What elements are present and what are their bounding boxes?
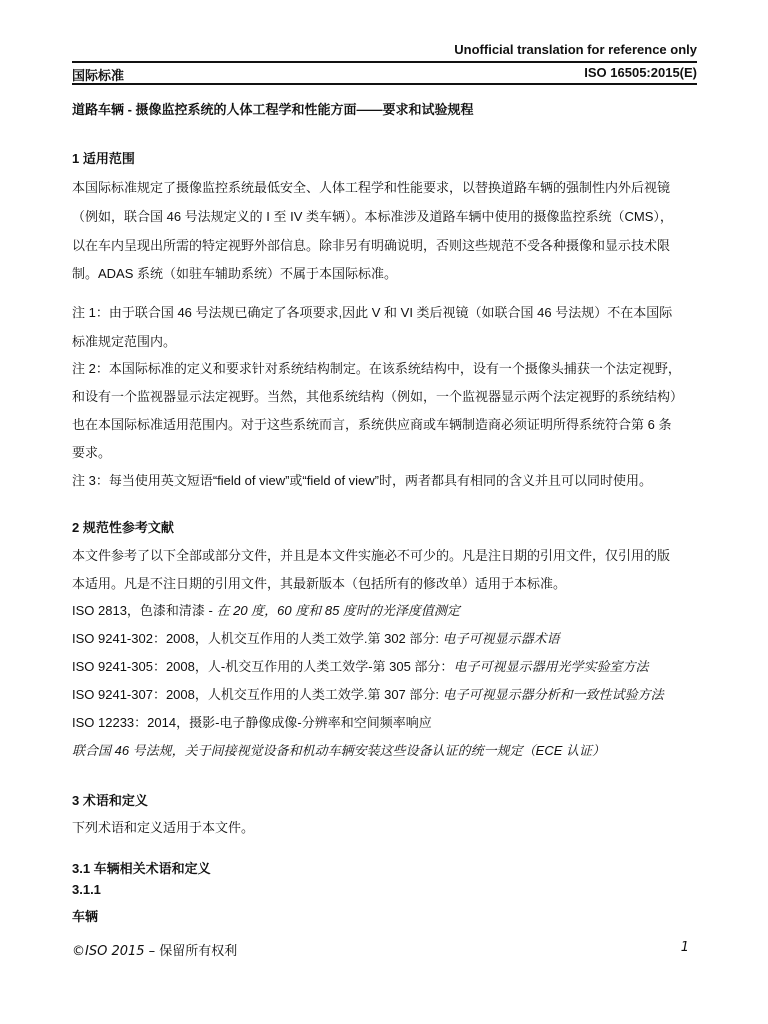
term-title: 车辆 — [72, 906, 98, 925]
note-line: 要求。 — [72, 442, 111, 461]
reference-item: 联合国 46 号法规，关于间接视觉设备和机动车辆安装这些设备认证的统一规定（EC… — [72, 740, 605, 759]
page-number: 1 — [681, 940, 689, 955]
translation-notice: Unofficial translation for reference onl… — [454, 42, 697, 57]
rights-notice: – 保留所有权利 — [145, 944, 238, 959]
section-2-heading: 2 规范性参考文献 — [72, 517, 174, 536]
page-footer: ©ISO 2015 – 保留所有权利 1 — [72, 940, 697, 959]
paragraph-line: 下列术语和定义适用于本文件。 — [72, 817, 254, 836]
reference-item: ISO 2813，色漆和清漆 - 在 20 度，60 度和 85 度时的光泽度值… — [72, 600, 460, 619]
paragraph-line: 以在车内呈现出所需的特定视野外部信息。除非另有明确说明，否则这些规范不受各种摄像… — [72, 235, 670, 254]
copyright: ©ISO 2015 — [72, 944, 145, 959]
reference-item: ISO 12233：2014，摄影-电子静像成像-分辨率和空间频率响应 — [72, 712, 432, 731]
note-line: 注 3：每当使用英文短语“field of view”或“field of vi… — [72, 470, 652, 489]
paragraph-line: 本文件参考了以下全部或部分文件，并且是本文件实施必不可少的。凡是注日期的引用文件… — [72, 545, 670, 564]
note-line: 标准规定范围内。 — [72, 331, 176, 350]
header-rule-bottom — [72, 83, 697, 85]
paragraph-line: （例如，联合国 46 号法规定义的 I 至 IV 类车辆）。本标准涉及道路车辆中… — [72, 206, 673, 225]
header-label: 国际标准 — [72, 65, 124, 84]
reference-item: ISO 9241-307：2008，人机交互作用的人类工效学.第 307 部分:… — [72, 684, 664, 703]
paragraph-line: 本适用。凡是不注日期的引用文件，其最新版本（包括所有的修改单）适用于本标准。 — [72, 573, 566, 592]
note-line: 也在本国际标准适用范围内。对于这些系统而言，系统供应商或车辆制造商必须证明所得系… — [72, 414, 671, 433]
note-line: 注 2：本国际标准的定义和要求针对系统结构制定。在该系统结构中，设有一个摄像头捕… — [72, 358, 681, 377]
section-3-heading: 3 术语和定义 — [72, 790, 148, 809]
term-number: 3.1.1 — [72, 882, 101, 897]
paragraph-line: 本国际标准规定了摄像监控系统最低安全、人体工程学和性能要求，以替换道路车辆的强制… — [72, 177, 670, 196]
subsection-heading: 3.1 车辆相关术语和定义 — [72, 858, 211, 877]
reference-item: ISO 9241-305：2008，人-机交互作用的人类工效学-第 305 部分… — [72, 656, 648, 675]
reference-item: ISO 9241-302：2008，人机交互作用的人类工效学.第 302 部分:… — [72, 628, 560, 647]
section-1-heading: 1 适用范围 — [72, 148, 135, 167]
standard-number: ISO 16505:2015(E) — [584, 65, 697, 80]
document-title: 道路车辆 - 摄像监控系统的人体工程学和性能方面——要求和试验规程 — [72, 99, 474, 118]
header-rule-top — [72, 61, 697, 63]
note-line: 和设有一个监视器显示法定视野。当然，其他系统结构（例如，一个监视器显示两个法定视… — [72, 386, 683, 405]
paragraph-line: 制。ADAS 系统（如驻车辅助系统）不属于本国际标准。 — [72, 263, 397, 282]
note-line: 注 1：由于联合国 46 号法规已确定了各项要求,因此 V 和 VI 类后视镜（… — [72, 302, 672, 321]
